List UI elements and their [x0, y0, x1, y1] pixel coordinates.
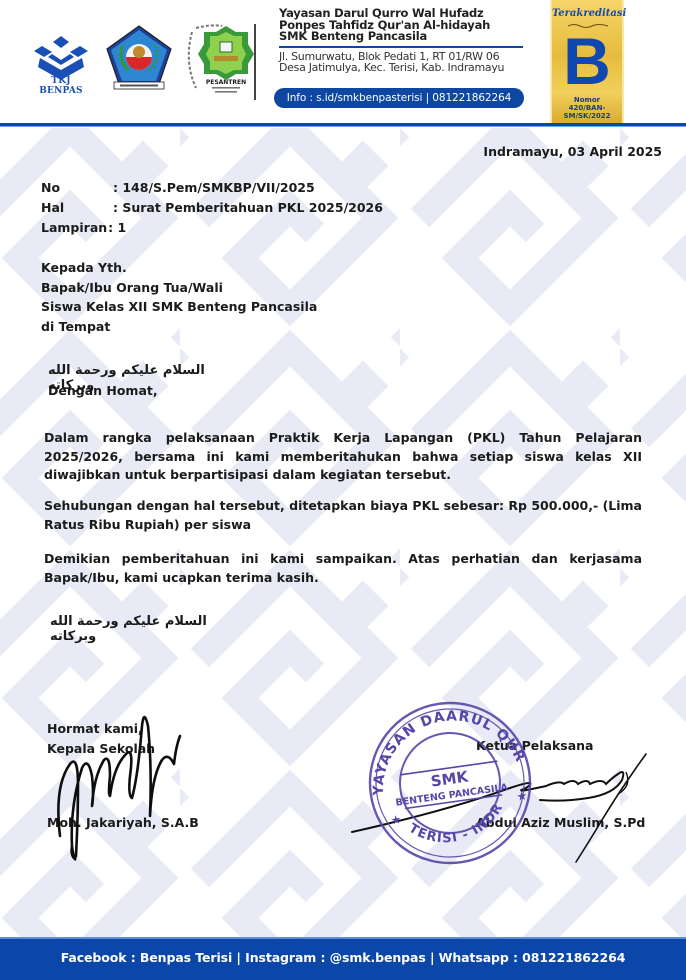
greeting: Dengan Homat, — [48, 383, 158, 398]
star-icon: ★ — [390, 812, 403, 827]
meta-value: : 148/S.Pem/SMKBP/VII/2025 — [113, 178, 315, 198]
signature-left — [48, 706, 188, 866]
addressee-line: Bapak/Ibu Orang Tua/Wali — [41, 278, 317, 298]
meta-value: : 1 — [108, 218, 126, 238]
body-paragraph: Sehubungan dengan hal tersebut, ditetapk… — [44, 497, 642, 534]
meta-value: : Surat Pemberitahuan PKL 2025/2026 — [113, 198, 383, 218]
meta-row-attachment: Lampiran : 1 — [41, 218, 383, 238]
addressee-line: Kepada Yth. — [41, 258, 317, 278]
footer-social-contacts: Facebook : Benpas Terisi | Instagram : @… — [0, 939, 686, 977]
body-paragraph: Dalam rangka pelaksanaan Praktik Kerja L… — [44, 429, 642, 485]
addressee-line: Siswa Kelas XII SMK Benteng Pancasila — [41, 297, 317, 317]
body-paragraph: Demikian pemberitahuan ini kami sampaika… — [44, 550, 642, 587]
meta-row-subject: Hal : Surat Pemberitahuan PKL 2025/2026 — [41, 198, 383, 218]
letter-date: Indramayu, 03 April 2025 — [483, 144, 662, 159]
meta-label: No — [41, 178, 113, 198]
star-icon: ★ — [516, 788, 529, 803]
meta-row-number: No : 148/S.Pem/SMKBP/VII/2025 — [41, 178, 383, 198]
meta-label: Hal — [41, 198, 113, 218]
addressee-line: di Tempat — [41, 317, 317, 337]
footer-bar: Facebook : Benpas Terisi | Instagram : @… — [0, 937, 686, 980]
letter-meta: No : 148/S.Pem/SMKBP/VII/2025 Hal : Sura… — [41, 178, 383, 238]
salam-closing: السلام عليكم ورحمة الله وبركاته — [50, 614, 240, 644]
meta-label: Lampiran — [41, 218, 107, 238]
addressee-block: Kepada Yth. Bapak/Ibu Orang Tua/Wali Sis… — [41, 258, 317, 336]
official-stamp: YAYASAN DAARUL QURRO WAL HUFADZ TERISI -… — [350, 698, 550, 868]
